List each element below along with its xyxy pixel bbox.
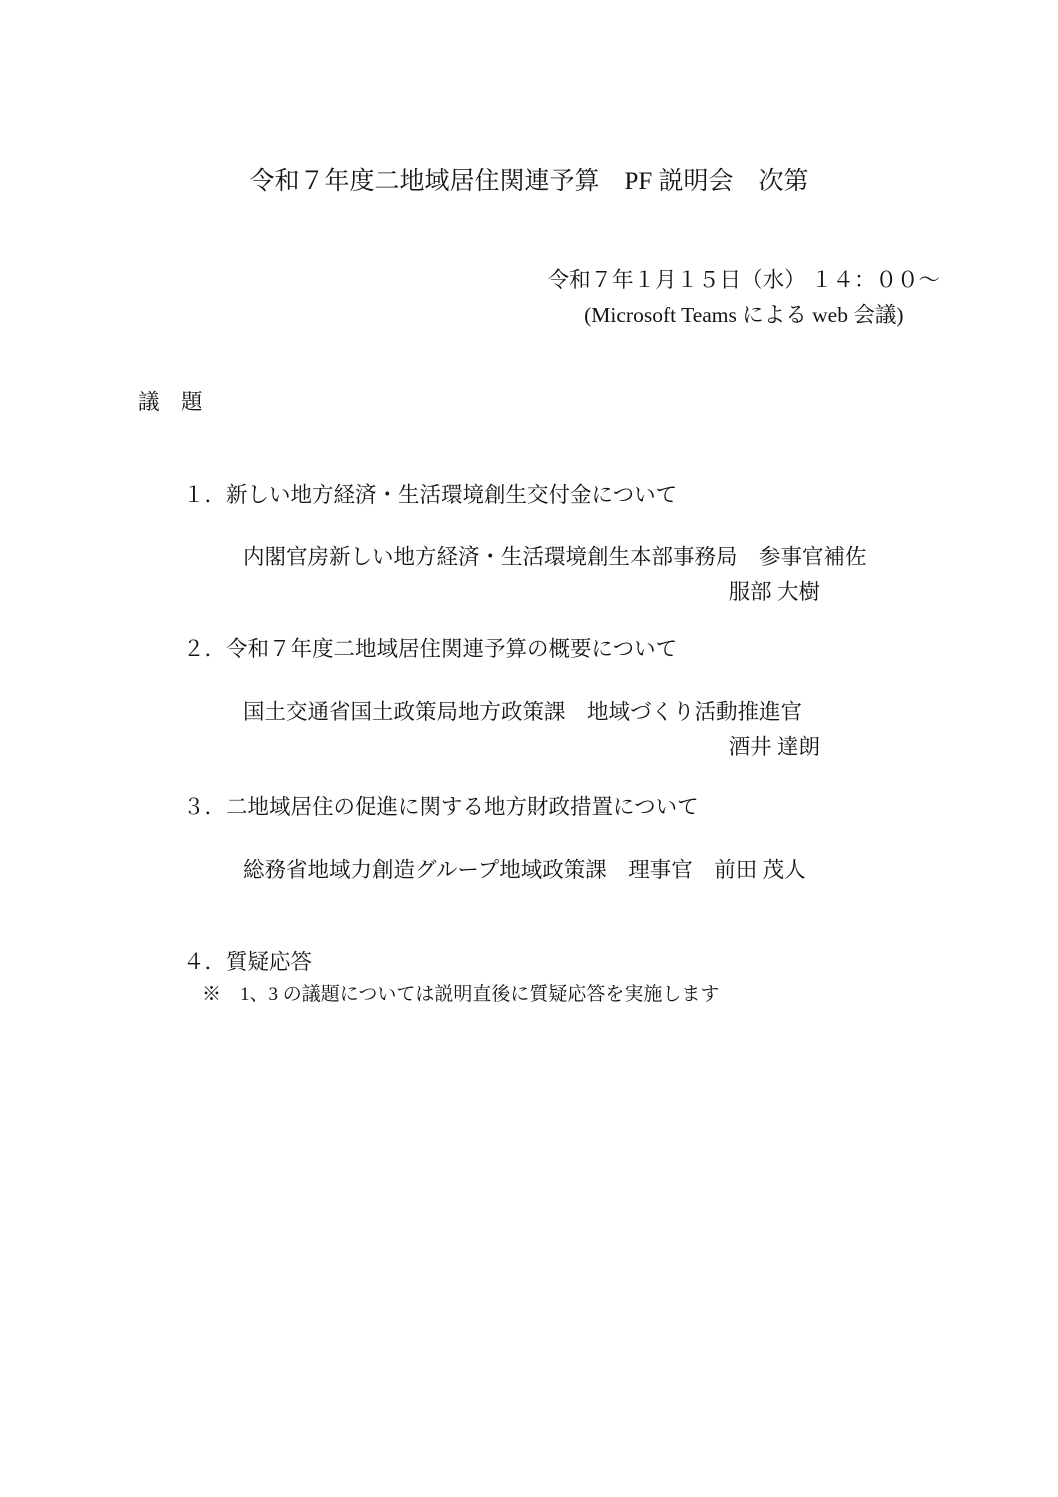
agenda-item-2-speaker-name: 酒井 達朗 <box>0 730 1058 765</box>
qa-note: ※ 1、3 の議題については説明直後に質疑応答を実施します <box>202 980 1058 1010</box>
meeting-datetime: 令和７年１月１５日（水） １４：００～ <box>548 263 940 298</box>
agenda-item-4: ４．質疑応答 <box>183 945 1058 980</box>
agenda-item-3: ３．二地域居住の促進に関する地方財政措置について <box>183 790 1058 825</box>
agenda-item-2-speaker-affiliation: 国土交通省国土政策局地方政策課 地域づくり活動推進官 <box>243 695 1058 730</box>
agenda-item-1: １．新しい地方経済・生活環境創生交付金について <box>183 478 1058 513</box>
agenda-item-3-speaker-affiliation: 総務省地域力創造グループ地域政策課 理事官 前田 茂人 <box>243 853 1058 888</box>
agenda-item-1-speaker-affiliation: 内閣官房新しい地方経済・生活環境創生本部事務局 参事官補佐 <box>243 540 1058 575</box>
document-title: 令和７年度二地域居住関連予算 PF 説明会 次第 <box>0 167 1058 197</box>
agenda-heading: 議 題 <box>138 385 1058 420</box>
agenda-item-2: ２．令和７年度二地域居住関連予算の概要について <box>183 632 1058 667</box>
meeting-format: (Microsoft Teams による web 会議) <box>548 298 940 333</box>
date-block: 令和７年１月１５日（水） １４：００～ (Microsoft Teams による… <box>0 263 1058 333</box>
date-inner: 令和７年１月１５日（水） １４：００～ (Microsoft Teams による… <box>548 263 940 333</box>
document-page: 令和７年度二地域居住関連予算 PF 説明会 次第 令和７年１月１５日（水） １４… <box>0 0 1058 1497</box>
agenda-item-1-speaker-name: 服部 大樹 <box>0 575 1058 610</box>
